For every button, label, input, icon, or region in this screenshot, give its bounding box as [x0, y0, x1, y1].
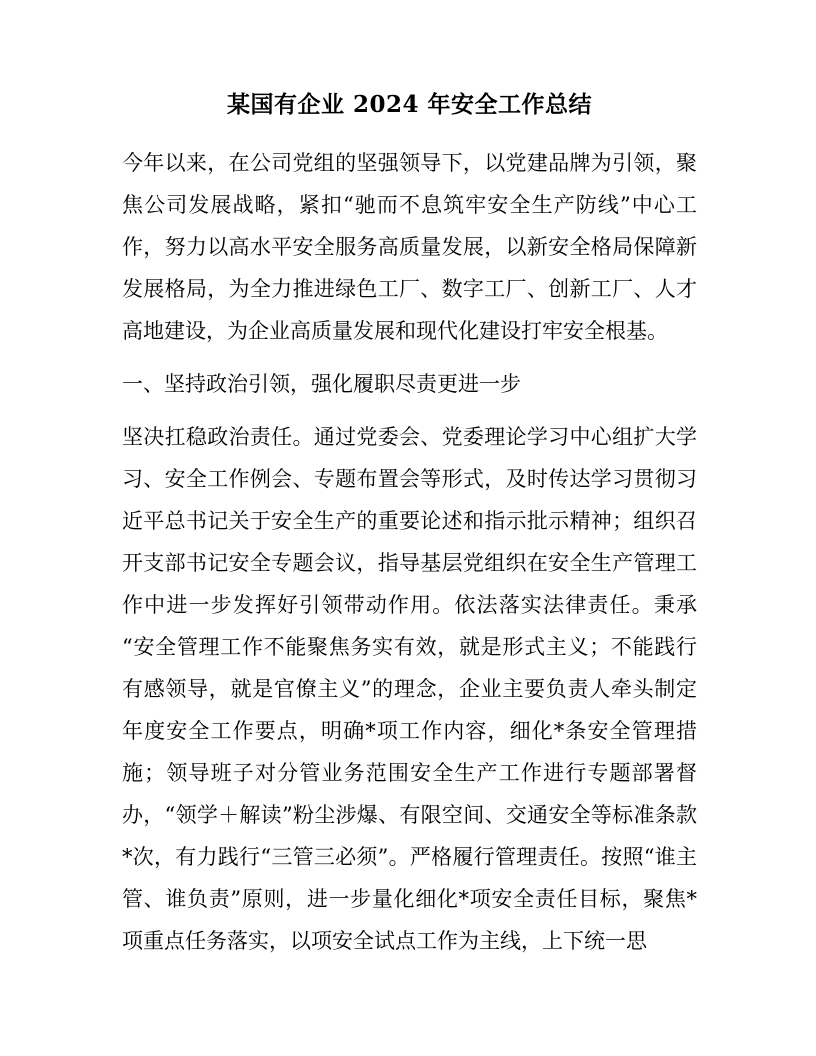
document-title: 某国有企业 2024 年安全工作总结 — [122, 84, 697, 126]
document-page: 某国有企业 2024 年安全工作总结 今年以来，在公司党组的坚强领导下，以党建品… — [0, 0, 816, 1056]
section-1-heading: 一、坚持政治引领，强化履职尽责更进一步 — [122, 363, 697, 405]
section-1-body-paragraph: 坚决扛稳政治责任。通过党委会、党委理论学习中心组扩大学习、安全工作例会、专题布置… — [122, 416, 697, 962]
intro-paragraph: 今年以来，在公司党组的坚强领导下，以党建品牌为引领，聚焦公司发展战略，紧扣“驰而… — [122, 142, 697, 352]
